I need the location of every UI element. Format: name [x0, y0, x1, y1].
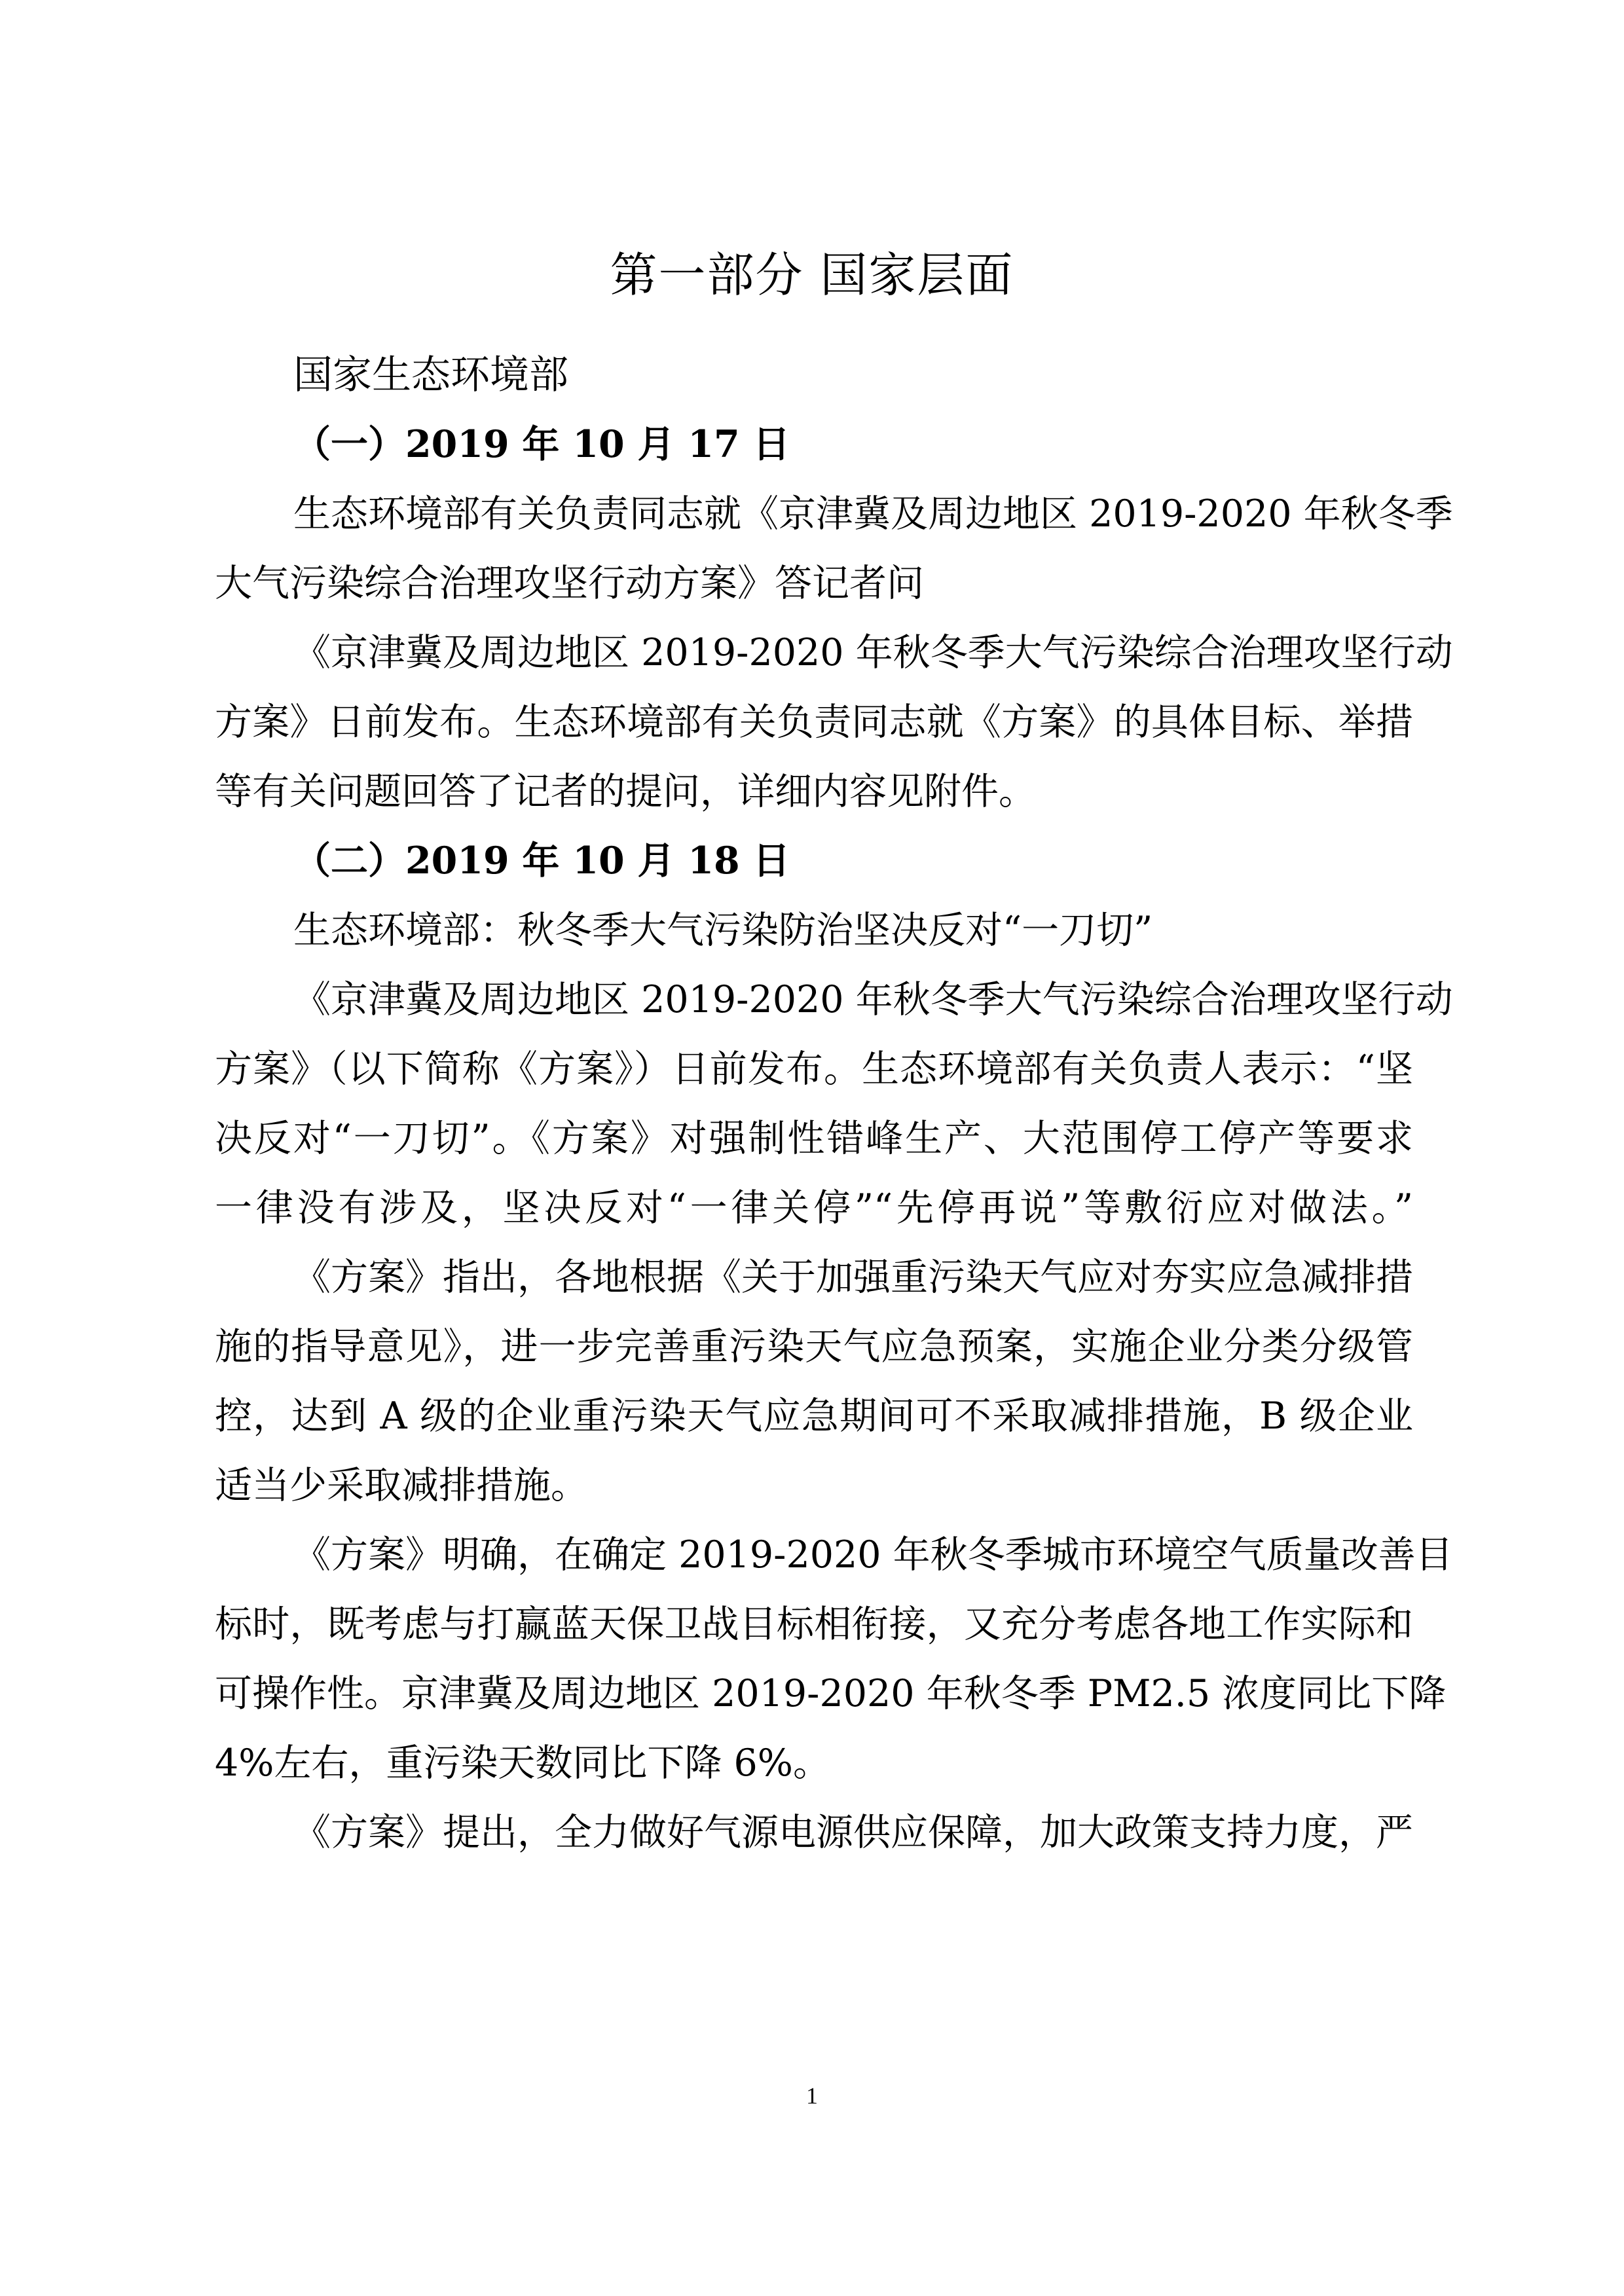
paragraph-line: 《方案》明确，在确定 2019-2020 年秋冬季城市环境空气质量改善目: [215, 1520, 1413, 1590]
paragraph: 《方案》指出，各地根据《关于加强重污染天气应对夯实应急减排措 施的指导意见》，进…: [215, 1243, 1413, 1520]
entry-date-heading: （一）2019 年 10 月 17 日: [215, 410, 1413, 479]
entry-headline-line: 生态环境部：秋冬季大气污染防治坚决反对“一刀切”: [215, 896, 1413, 965]
paragraph-line: 《京津冀及周边地区 2019-2020 年秋冬季大气污染综合治理攻坚行动: [215, 965, 1413, 1034]
paragraph: 《京津冀及周边地区 2019-2020 年秋冬季大气污染综合治理攻坚行动 方案》…: [215, 618, 1413, 826]
entry-date-heading: （二）2019 年 10 月 18 日: [215, 826, 1413, 896]
paragraph-line: 标时，既考虑与打赢蓝天保卫战目标相衔接，又充分考虑各地工作实际和: [215, 1590, 1413, 1659]
paragraph: 《方案》明确，在确定 2019-2020 年秋冬季城市环境空气质量改善目 标时，…: [215, 1520, 1413, 1798]
paragraph-line: 《方案》提出，全力做好气源电源供应保障，加大政策支持力度，严: [215, 1798, 1413, 1867]
paragraph: 《方案》提出，全力做好气源电源供应保障，加大政策支持力度，严: [215, 1798, 1413, 1867]
paragraph-line: 等有关问题回答了记者的提问，详细内容见附件。: [215, 757, 1413, 826]
paragraph: 《京津冀及周边地区 2019-2020 年秋冬季大气污染综合治理攻坚行动 方案》…: [215, 965, 1413, 1243]
paragraph-line: 适当少采取减排措施。: [215, 1451, 1413, 1520]
paragraph-line: 《方案》指出，各地根据《关于加强重污染天气应对夯实应急减排措: [215, 1243, 1413, 1312]
paragraph-line: 方案》（以下简称《方案》）日前发布。生态环境部有关负责人表示：“坚: [215, 1034, 1413, 1104]
page-number: 1: [0, 2082, 1624, 2109]
paragraph-line: 施的指导意见》，进一步完善重污染天气应急预案，实施企业分类分级管: [215, 1312, 1413, 1381]
paragraph-line: 一律没有涉及，坚决反对“一律关停”“先停再说”等敷衍应对做法。”: [215, 1173, 1413, 1243]
paragraph-line: 4%左右，重污染天数同比下降 6%。: [215, 1728, 1413, 1798]
part-title: 第一部分 国家层面: [0, 242, 1624, 308]
entry-headline-line: 生态环境部有关负责同志就《京津冀及周边地区 2019-2020 年秋冬季: [215, 479, 1413, 549]
document-body: 国家生态环境部 （一）2019 年 10 月 17 日 生态环境部有关负责同志就…: [215, 340, 1413, 1867]
paragraph-line: 方案》日前发布。生态环境部有关负责同志就《方案》的具体目标、举措: [215, 687, 1413, 757]
entry-headline-line: 大气污染综合治理攻坚行动方案》答记者问: [215, 549, 1413, 618]
paragraph-line: 《京津冀及周边地区 2019-2020 年秋冬季大气污染综合治理攻坚行动: [215, 618, 1413, 687]
section-heading: 国家生态环境部: [215, 340, 1413, 410]
paragraph-line: 可操作性。京津冀及周边地区 2019-2020 年秋冬季 PM2.5 浓度同比下…: [215, 1659, 1413, 1728]
paragraph-line: 决反对“一刀切”。《方案》对强制性错峰生产、大范围停工停产等要求: [215, 1104, 1413, 1173]
paragraph-line: 控，达到 A 级的企业重污染天气应急期间可不采取减排措施，B 级企业: [215, 1381, 1413, 1451]
document-page: 第一部分 国家层面 国家生态环境部 （一）2019 年 10 月 17 日 生态…: [0, 0, 1624, 2296]
